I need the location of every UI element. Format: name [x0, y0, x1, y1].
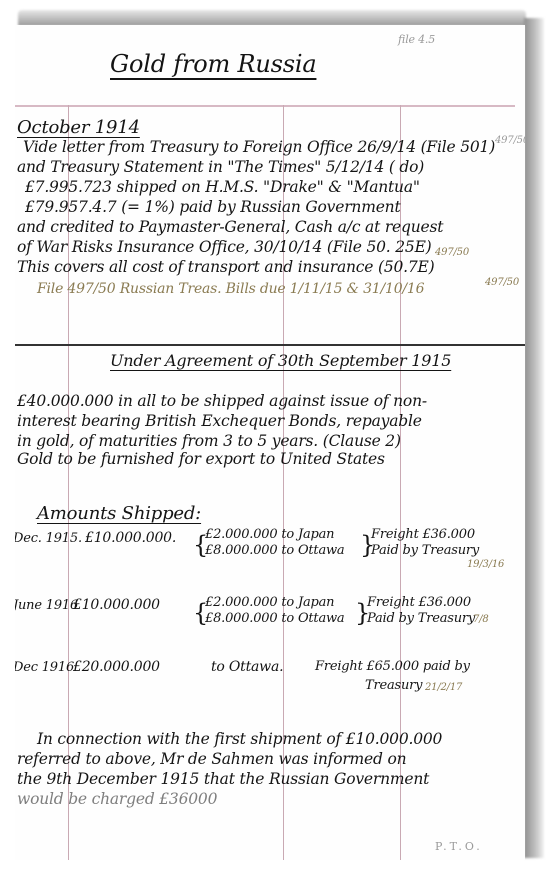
shipment-date: Dec 1916: [15, 660, 74, 675]
shipment-date: Dec. 1915.: [15, 531, 82, 546]
text-line: in gold, of maturities from 3 to 5 years…: [17, 432, 401, 450]
page-shadow-right: [524, 18, 544, 858]
shipment-split: £8.000.000 to Ottawa: [205, 543, 344, 558]
section-divider: [15, 344, 525, 346]
page-footer-pto: P.T.O.: [435, 840, 483, 853]
file-note: file 4.5: [398, 33, 435, 46]
shipment-split: £2.000.000 to Japan: [205, 595, 334, 610]
shipment-freight: Freight £36.000: [371, 527, 475, 542]
shipment-freight: Freight £65.000 paid by: [315, 659, 470, 674]
text-line: and credited to Paymaster-General, Cash …: [17, 218, 443, 236]
section-heading-october-1914: October 1914: [17, 117, 140, 138]
margin-note: 497/50: [495, 135, 525, 146]
freight-date: 21/2/17: [425, 682, 462, 693]
shipment-date: June 1916: [15, 598, 78, 613]
freight-date: 19/3/16: [467, 559, 504, 570]
document-title: Gold from Russia: [110, 50, 316, 78]
text-line: In connection with the first shipment of…: [37, 730, 442, 748]
shipment-freight: Paid by Treasury: [371, 543, 479, 558]
document-page: file 4.5 Gold from Russia October 1914 4…: [15, 25, 525, 860]
text-line: Vide letter from Treasury to Foreign Off…: [23, 138, 495, 156]
shipment-freight: Paid by Treasury: [367, 611, 475, 626]
text-line: would be charged £36000: [17, 790, 217, 808]
freight-date: 7/8: [473, 614, 489, 625]
section-heading-amounts-shipped: Amounts Shipped:: [37, 503, 201, 524]
shipment-split: to Ottawa.: [211, 659, 283, 675]
page-shadow-top: [18, 10, 526, 26]
shipment-amount: £10.000.000.: [85, 530, 176, 546]
shipment-freight: Treasury: [365, 678, 422, 693]
text-line: £7.995.723 shipped on H.M.S. "Drake" & "…: [25, 178, 420, 196]
text-line: £40.000.000 in all to be shipped against…: [17, 392, 427, 410]
shipment-split: £8.000.000 to Ottawa: [205, 611, 344, 626]
shipment-split: £2.000.000 to Japan: [205, 527, 334, 542]
ruled-line-top: [15, 105, 515, 107]
shipment-amount: £10.000.000: [73, 597, 160, 613]
text-line: and Treasury Statement in "The Times" 5/…: [17, 158, 424, 176]
pencil-superscript: 497/50: [485, 277, 519, 288]
annotation-above: 497/50: [435, 247, 469, 258]
text-line: referred to above, Mr de Sahmen was info…: [17, 750, 406, 768]
pencil-note: File 497/50 Russian Treas. Bills due 1/1…: [37, 281, 424, 297]
text-line: This covers all cost of transport and in…: [17, 258, 435, 276]
text-line: Gold to be furnished for export to Unite…: [17, 450, 385, 468]
text-line: the 9th December 1915 that the Russian G…: [17, 770, 429, 788]
shipment-amount: £20.000.000: [73, 659, 160, 675]
section-heading-agreement: Under Agreement of 30th September 1915: [110, 351, 451, 370]
text-line: £79.957.4.7 (= 1%) paid by Russian Gover…: [25, 198, 401, 216]
shipment-freight: Freight £36.000: [367, 595, 471, 610]
text-line: interest bearing British Exchequer Bonds…: [17, 412, 422, 430]
text-line: of War Risks Insurance Office, 30/10/14 …: [17, 238, 432, 256]
